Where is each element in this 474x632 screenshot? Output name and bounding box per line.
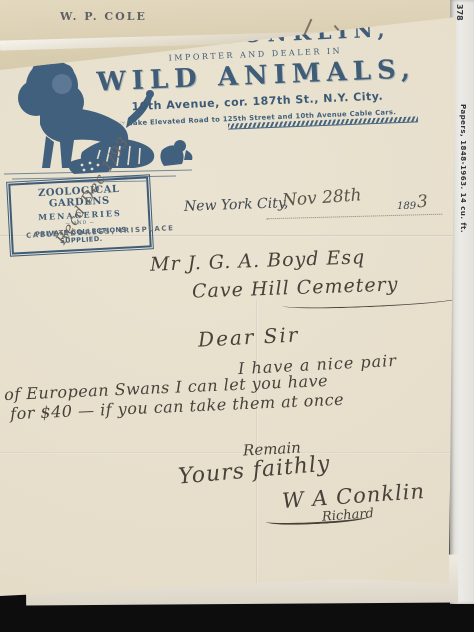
photo-of-letter: W. P. COLE 378 Papers, 1848-1963. 14 cu.… — [0, 0, 474, 632]
fold-crease-horizontal — [0, 452, 456, 454]
archive-box-number: 378 — [455, 4, 464, 21]
year-handwritten: 3 — [416, 192, 428, 213]
countersignature: Richard — [322, 506, 375, 525]
year-printed: 189 — [397, 201, 416, 212]
pointing-hand-icon: ☞ — [120, 119, 127, 127]
recipient-name: Mr J. G. A. Boyd Esq — [150, 246, 366, 276]
salutation: Dear Sir — [197, 322, 299, 351]
underlying-sheet-label: W. P. COLE — [60, 10, 147, 23]
closing-line-2: Yours faithly — [177, 451, 331, 489]
letter-sheet: W. A. CONKLIN, IMPORTER AND DEALER IN WI… — [0, 0, 474, 632]
archive-box-label: Papers, 1848-1963. 14 cu. ft. — [459, 104, 467, 233]
